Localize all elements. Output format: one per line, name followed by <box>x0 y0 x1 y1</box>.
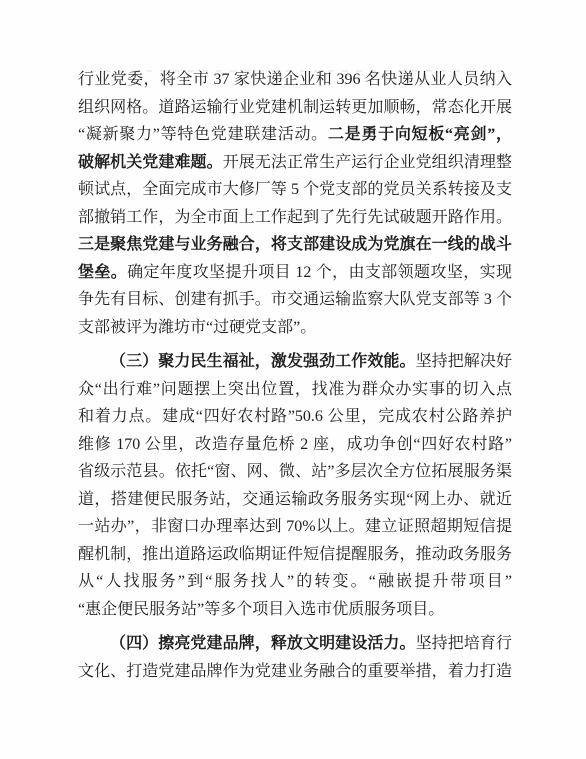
emphasis-text: （四）擦亮党建品牌，释放文明建设活力。 <box>110 635 416 652</box>
text-line: 和着力点。建成“四好农村路”50.6 公里，完成农村公路养护 <box>78 403 512 431</box>
emphasis-text: 破解机关党建难题。 <box>78 154 223 171</box>
emphasis-text: （三）聚力民生福祉，激发强劲工作效能。 <box>110 353 416 370</box>
text-line: 道，搭建便民服务站，交通运输政务服务实现“网上办、就近办、 <box>78 486 512 514</box>
text-line: 省级示范县。依托“窗、网、微、站”多层次全方位拓展服务渠 <box>78 458 512 486</box>
text-line: 醒机制，推出道路运政临期证件短信提醒服务，推动政务服务 <box>78 541 512 569</box>
text-line: 众“出行难”问题摆上突出位置，找准为群众办实事的切入点 <box>78 376 512 404</box>
body-text: 道，搭建便民服务站，交通运输政务服务实现“网上办、就近办、 <box>78 491 512 514</box>
text-line: 部撤销工作，为全市面上工作起到了先行先试破题开路作用。 <box>78 204 512 232</box>
text-line: 破解机关党建难题。开展无法正常生产运行企业党组织清理整 <box>78 149 512 177</box>
body-text: 部撤销工作，为全市面上工作起到了先行先试破题开路作用。 <box>78 209 512 226</box>
text-line: “惠企便民服务站”等多个项目入选市优质服务项目。 <box>78 596 512 624</box>
text-line: 争先有目标、创建有抓手。市交通运输监察大队党支部等 3 个 <box>78 286 512 314</box>
text-line: 组织网格。道路运输行业党建机制运转更加顺畅，常态化开展 <box>78 94 512 122</box>
body-text: 一站办”，非窗口办理率达到 70%以上。建立证照超期短信提 <box>78 518 512 535</box>
body-text: 维修 170 公里，改造存量危桥 2 座，成功争创“四好农村路” <box>78 436 512 453</box>
body-text: 和着力点。建成“四好农村路”50.6 公里，完成农村公路养护 <box>78 408 512 425</box>
paragraph: （三）聚力民生福祉，激发强劲工作效能。坚持把解决好群众“出行难”问题摆上突出位置… <box>78 348 512 623</box>
body-text: 众“出行难”问题摆上突出位置，找准为群众办实事的切入点 <box>78 381 512 398</box>
text-line: 维修 170 公里，改造存量危桥 2 座，成功争创“四好农村路” <box>78 431 512 459</box>
body-text: 确定年度攻坚提升项目 12 个，由支部领题攻坚，实现了 <box>78 264 512 287</box>
body-text: 从“人找服务”到“服务找人”的转变。“融嵌提升带项目” <box>78 573 512 590</box>
text-line: 支部被评为潍坊市“过硬党支部”。 <box>78 314 512 342</box>
body-text: 组织网格。道路运输行业党建机制运转更加顺畅，常态化开展 <box>78 99 512 116</box>
body-text: “凝新聚力”等特色党建联建活动。 <box>78 126 328 143</box>
text-line: （三）聚力民生福祉，激发强劲工作效能。坚持把解决好群 <box>78 348 512 376</box>
body-text: 开展无法正常生产运行企业党组织清理整 <box>223 154 512 171</box>
text-line: “凝新聚力”等特色党建联建活动。二是勇于向短板“亮剑”， <box>78 121 512 149</box>
body-text: 争先有目标、创建有抓手。市交通运输监察大队党支部等 3 个 <box>78 291 512 308</box>
body-text: “惠企便民服务站”等多个项目入选市优质服务项目。 <box>78 601 444 618</box>
text-line: 三是聚焦党建与业务融合，将支部建设成为党旗在一线的战斗 <box>78 231 512 259</box>
body-text: 支部被评为潍坊市“过硬党支部”。 <box>78 319 316 336</box>
body-text: 文化、打造党建品牌作为党建业务融合的重要举措，着力打造 <box>78 663 512 680</box>
emphasis-text: 三是聚焦党建与业务融合，将支部建设成为党旗在一线的战斗 <box>78 236 512 253</box>
text-line: 行业党委，将全市 37 家快递企业和 396 名快递从业人员纳入 <box>78 66 512 94</box>
text-line: 文化、打造党建品牌作为党建业务融合的重要举措，着力打造 <box>78 658 512 686</box>
text-line: 从“人找服务”到“服务找人”的转变。“融嵌提升带项目” <box>78 568 512 596</box>
text-line: 堡垒。确定年度攻坚提升项目 12 个，由支部领题攻坚，实现了 <box>78 259 512 287</box>
document-body: 行业党委，将全市 37 家快递企业和 396 名快递从业人员纳入组织网格。道路运… <box>78 66 512 685</box>
emphasis-text: 堡垒。 <box>78 264 127 281</box>
emphasis-text: 二是勇于向短板“亮剑”， <box>328 126 512 143</box>
document-page: 行业党委，将全市 37 家快递企业和 396 名快递从业人员纳入组织网格。道路运… <box>0 0 586 759</box>
body-text: 醒机制，推出道路运政临期证件短信提醒服务，推动政务服务 <box>78 546 512 563</box>
body-text: 顿试点，全面完成市大修厂等 5 个党支部的党员关系转接及支 <box>78 181 512 198</box>
paragraph: 行业党委，将全市 37 家快递企业和 396 名快递从业人员纳入组织网格。道路运… <box>78 66 512 341</box>
text-line: 顿试点，全面完成市大修厂等 5 个党支部的党员关系转接及支 <box>78 176 512 204</box>
text-line: （四）擦亮党建品牌，释放文明建设活力。坚持把培育行业 <box>78 630 512 658</box>
body-text: 省级示范县。依托“窗、网、微、站”多层次全方位拓展服务渠 <box>78 463 512 480</box>
text-line: 一站办”，非窗口办理率达到 70%以上。建立证照超期短信提 <box>78 513 512 541</box>
body-text: 行业党委，将全市 37 家快递企业和 396 名快递从业人员纳入 <box>78 71 512 88</box>
paragraph: （四）擦亮党建品牌，释放文明建设活力。坚持把培育行业文化、打造党建品牌作为党建业… <box>78 630 512 685</box>
